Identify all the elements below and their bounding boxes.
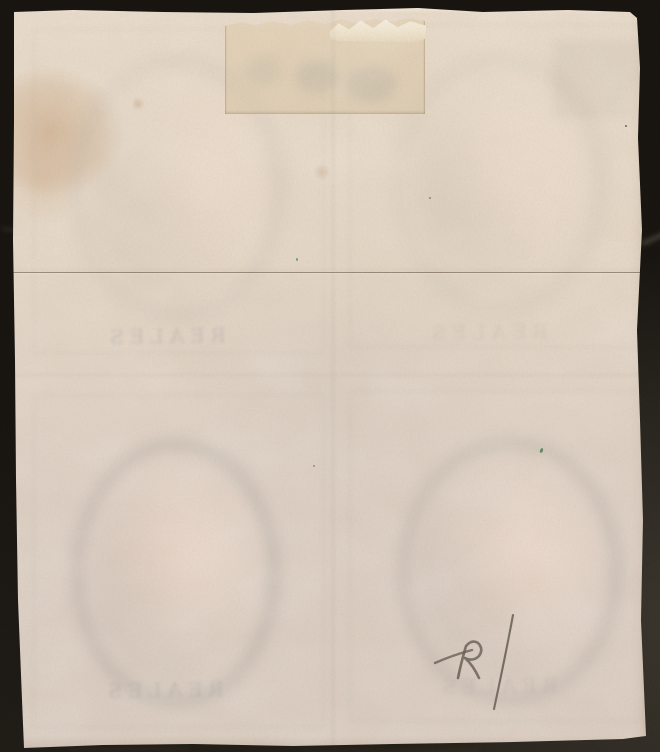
column-joint-line	[332, 8, 334, 748]
dark-speck	[625, 125, 627, 127]
dark-speck	[313, 465, 315, 467]
horizontal-crease	[13, 272, 646, 273]
portrait-showthrough	[90, 457, 262, 689]
background-scratch	[641, 231, 660, 246]
showthrough-label-bottom-left: REALES	[71, 676, 255, 703]
background-scratch	[70, 748, 190, 750]
row-joint-line	[13, 374, 646, 376]
showthrough-label-top-right: REALES	[392, 318, 582, 345]
stamp-block-paper: REALES REALES REALES REALES R/	[13, 8, 646, 748]
green-fiber-speck	[296, 258, 298, 261]
showthrough-label-top-left: REALES	[70, 322, 260, 349]
portrait-oval-showthrough-bottom-left	[71, 438, 281, 708]
pencil-expert-mark: R/	[415, 603, 545, 728]
photo-stage: REALES REALES REALES REALES R/	[0, 0, 660, 752]
hinge-showthrough-smudge	[245, 56, 281, 86]
portrait-showthrough	[411, 71, 589, 295]
hinge-showthrough-smudge	[345, 66, 397, 102]
dark-speck	[429, 197, 431, 199]
